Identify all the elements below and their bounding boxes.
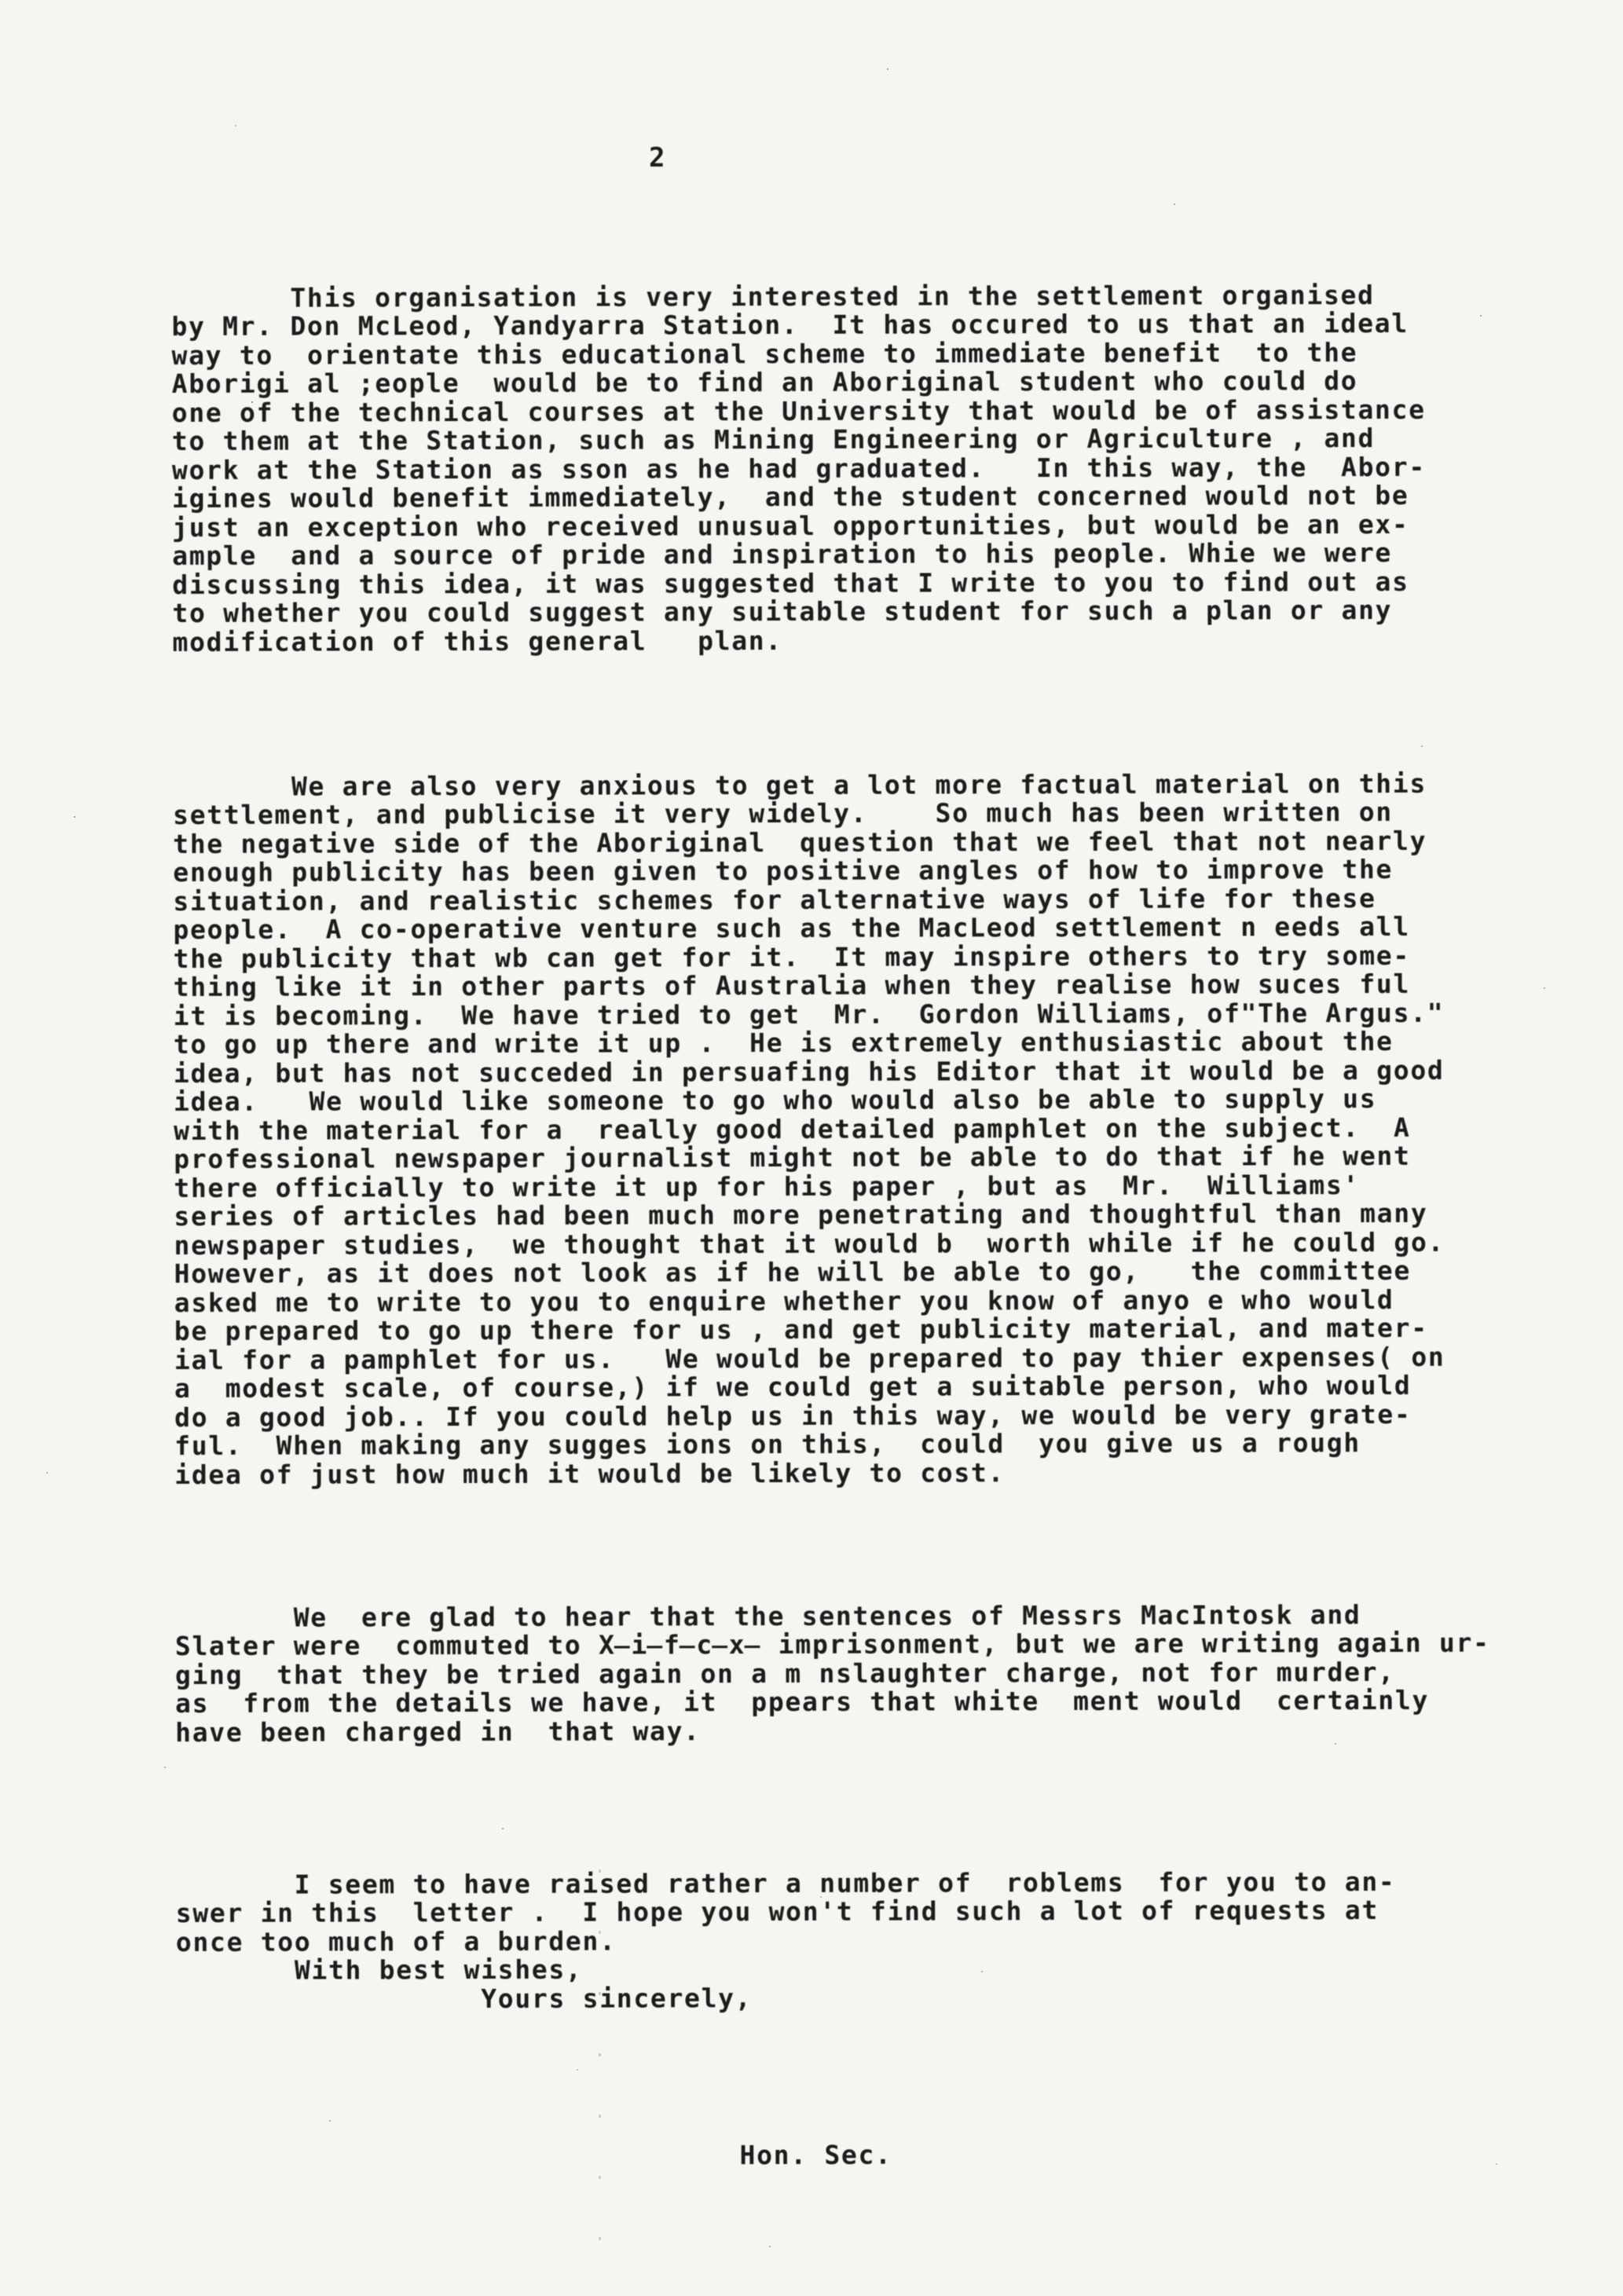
letter-body: This organisation is very interested in … bbox=[171, 195, 1492, 2258]
text-line: once too much of a burden. bbox=[176, 1924, 1491, 1957]
paragraph-closing: I seem to have raised rather a number of… bbox=[176, 1867, 1491, 2014]
text-line: ful. When making any sugges ions on this… bbox=[174, 1429, 1489, 1461]
text-line: swer in this letter . I hope you won't f… bbox=[176, 1896, 1491, 1928]
paragraph-publicity-request: We are also very anxious to get a lot mo… bbox=[173, 769, 1489, 1489]
signature-hon-sec: Hon. Sec. bbox=[176, 2139, 1491, 2171]
text-line: idea of just how much it would be likely… bbox=[174, 1457, 1489, 1489]
text-line: have been charged in that way. bbox=[175, 1715, 1490, 1747]
text-line: to whether you could suggest any suitabl… bbox=[172, 596, 1487, 628]
text-line: modification of this general plan. bbox=[172, 624, 1487, 657]
text-line: as from the details we have, it ppears t… bbox=[175, 1686, 1490, 1719]
page-number: 2 bbox=[649, 145, 665, 171]
scan-fold-artifact bbox=[599, 1869, 601, 2278]
text-line: With best wishes, bbox=[176, 1954, 1491, 1986]
paragraph-settlement-intro: This organisation is very interested in … bbox=[171, 280, 1487, 657]
letter-page: 2 This organisation is very interested i… bbox=[0, 0, 1623, 2296]
text-line: Yours sincerely, bbox=[176, 1982, 1491, 2014]
paragraph-sentences-commuted: We ere glad to hear that the sentences o… bbox=[175, 1600, 1490, 1747]
